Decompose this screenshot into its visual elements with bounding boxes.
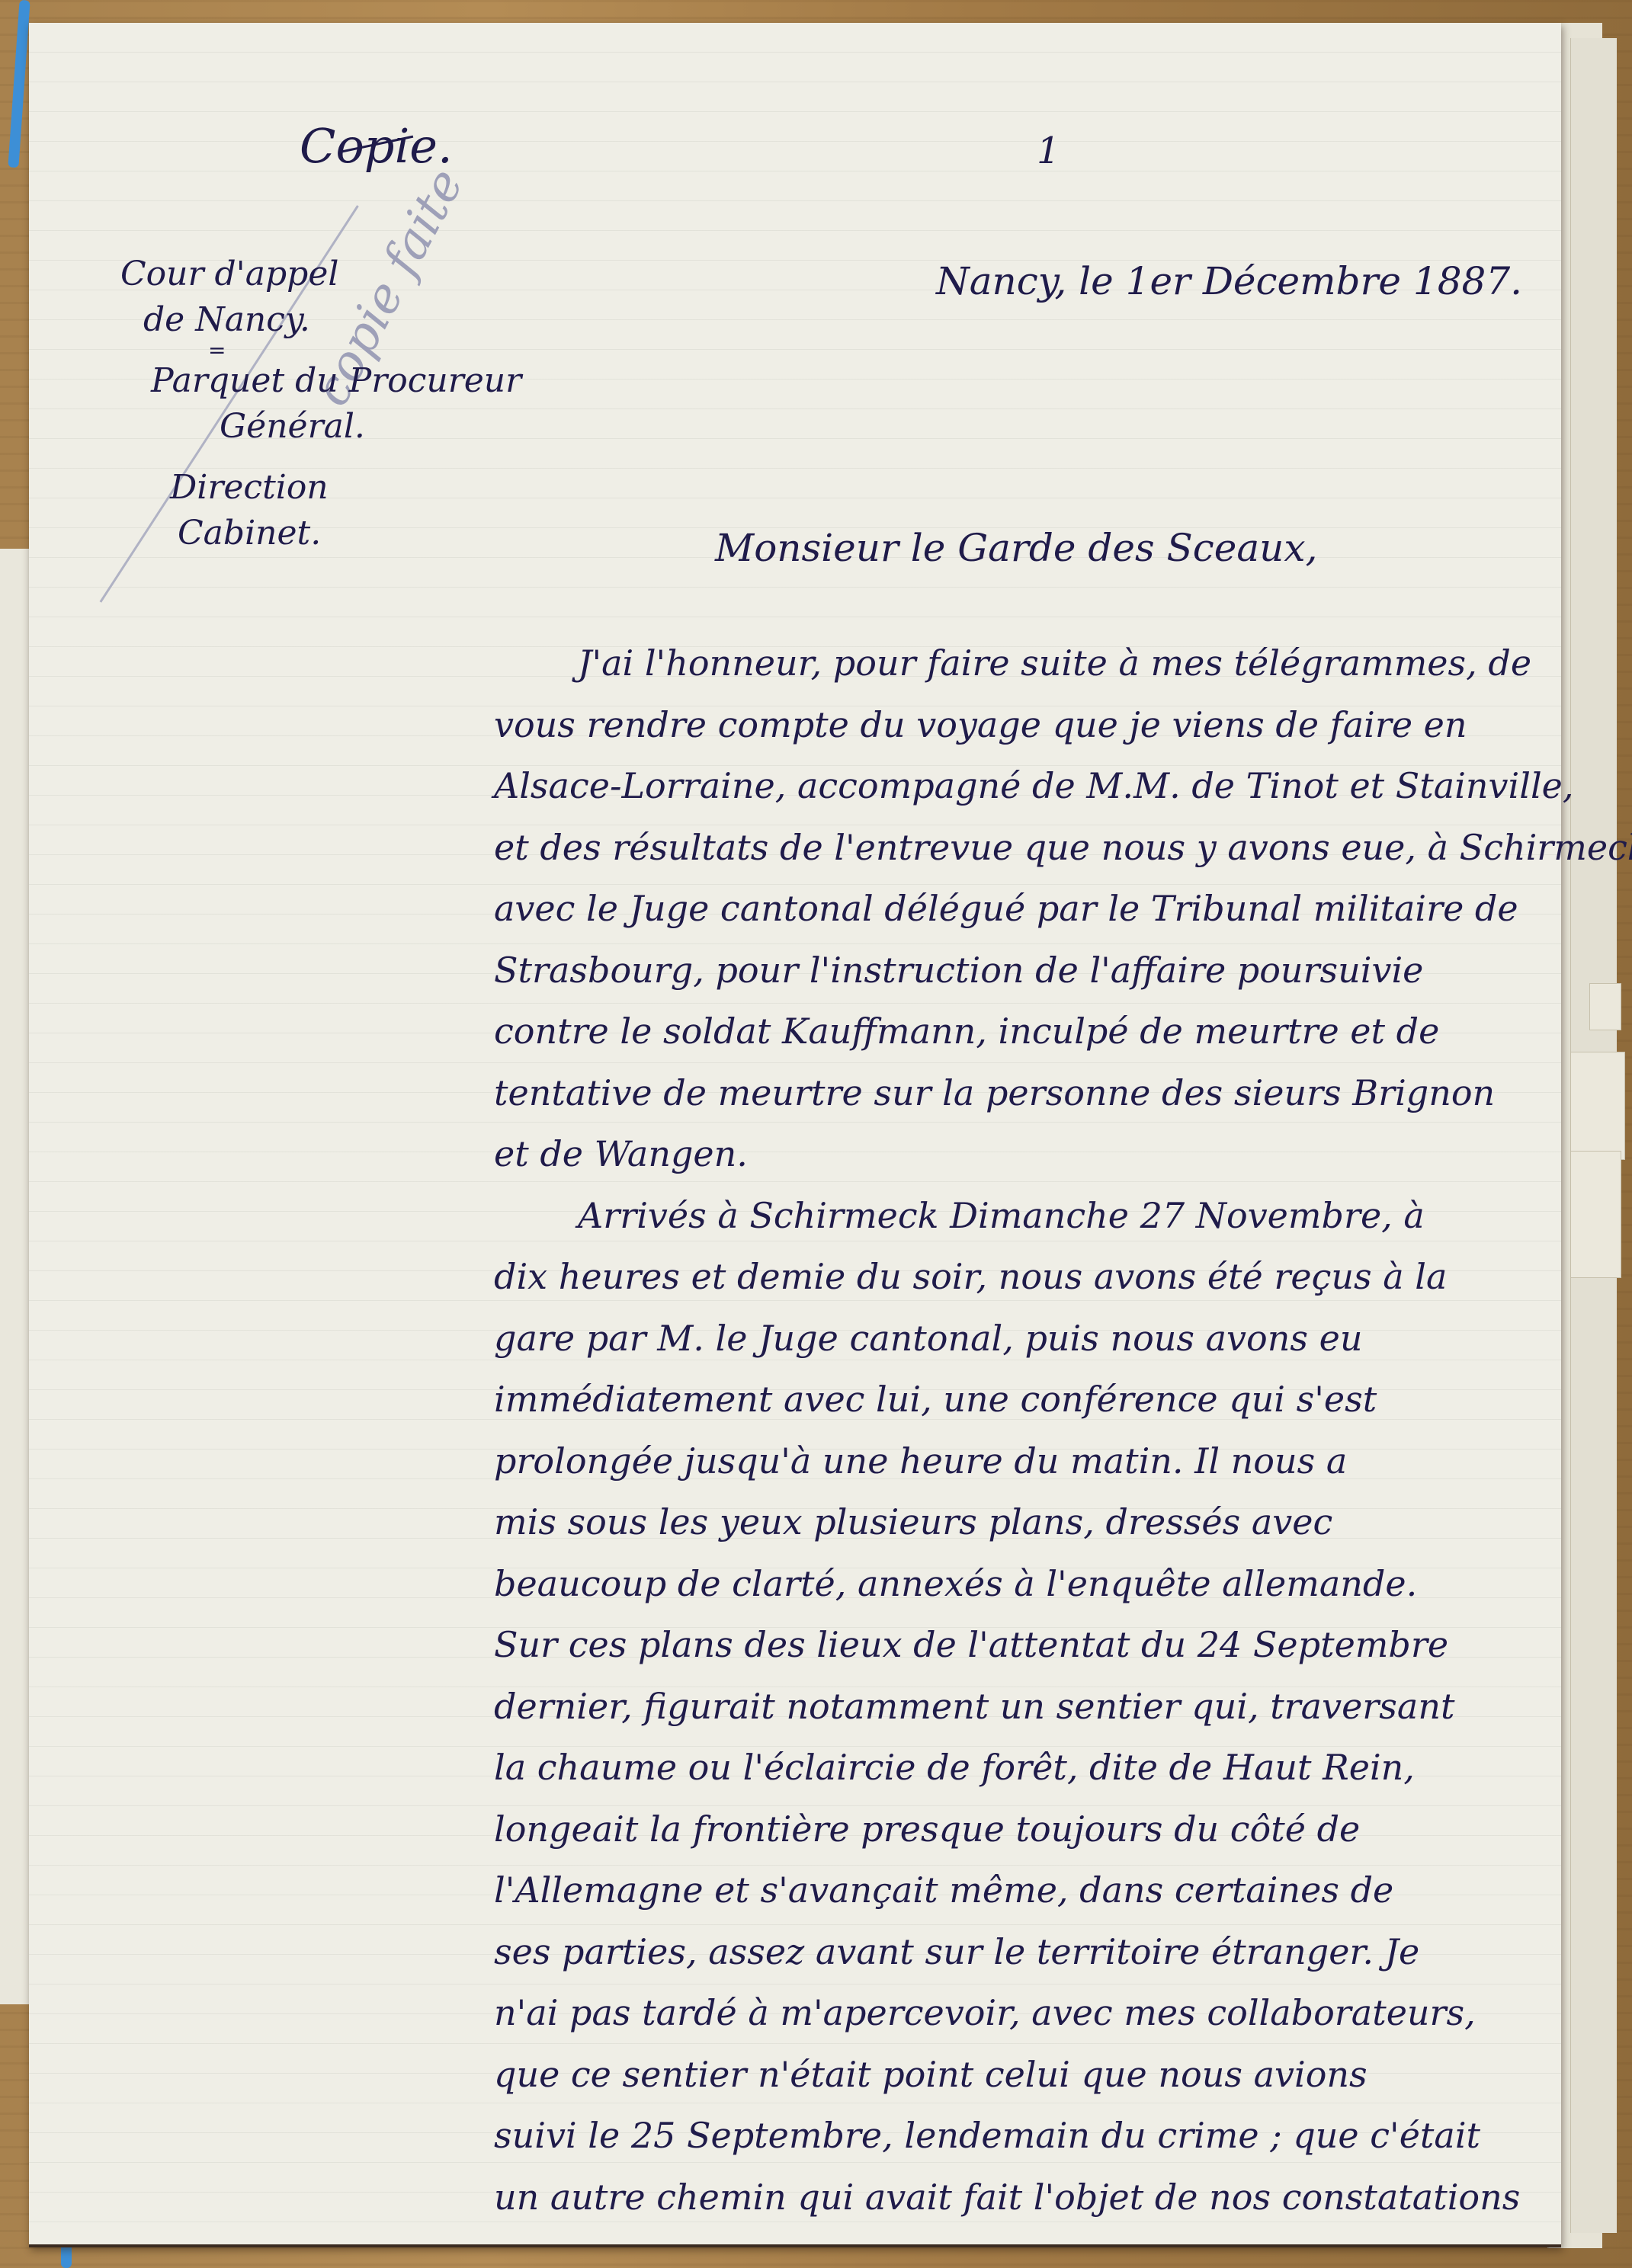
body-line: et des résultats de l'entrevue que nous … (494, 817, 1576, 879)
salutation: Monsieur le Garde des Sceaux, (715, 526, 1317, 570)
paper-tab (1570, 1151, 1621, 1278)
body-line: la chaume ou l'éclaircie de forêt, dite … (494, 1737, 1576, 1799)
body-line: n'ai pas tardé à m'apercevoir, avec mes … (494, 1982, 1576, 2044)
body-line: dernier, figurait notamment un sentier q… (494, 1676, 1576, 1738)
body-line: l'Allemagne et s'avançait même, dans cer… (494, 1860, 1576, 1921)
body-line: J'ai l'honneur, pour faire suite à mes t… (494, 633, 1576, 694)
body-line: Sur ces plans des lieux de l'attentat du… (494, 1614, 1576, 1676)
body-line: beaucoup de clarté, annexés à l'enquête … (494, 1553, 1576, 1615)
margin-line: Cabinet. (178, 511, 521, 556)
body-line: que ce sentier n'était point celui que n… (494, 2044, 1576, 2106)
margin-line: Général. (220, 404, 521, 450)
letter-page: Copie. 1 copie faite Cour d'appel de Nan… (29, 23, 1561, 2247)
body-line: Arrivés à Schirmeck Dimanche 27 Novembre… (494, 1185, 1576, 1247)
margin-line: Direction (170, 465, 521, 511)
body-line: ses parties, assez avant sur le territoi… (494, 1921, 1576, 1983)
page-number: 1 (1037, 130, 1060, 172)
body-line: contre le soldat Kauffmann, inculpé de m… (494, 1001, 1576, 1062)
paper-tab (1570, 1052, 1625, 1160)
margin-line: Parquet du Procureur (151, 358, 521, 404)
body-line: Alsace-Lorraine, accompagné de M.M. de T… (494, 755, 1576, 817)
body-line: immédiatement avec lui, une conférence q… (494, 1369, 1576, 1430)
paper-tab (1589, 983, 1621, 1030)
body-line: avec le Juge cantonal délégué par le Tri… (494, 878, 1576, 940)
margin-separator: = (208, 343, 521, 358)
body-line: longeait la frontière presque toujours d… (494, 1799, 1576, 1860)
letter-body: J'ai l'honneur, pour faire suite à mes t… (494, 633, 1576, 2228)
body-line: mis sous les yeux plusieurs plans, dress… (494, 1491, 1576, 1553)
body-line: vous rendre compte du voyage que je vien… (494, 694, 1576, 756)
body-line: un autre chemin qui avait fait l'objet d… (494, 2167, 1576, 2228)
body-line: dix heures et demie du soir, nous avons … (494, 1246, 1576, 1308)
margin-line: de Nancy. (143, 297, 521, 343)
dateline: Nancy, le 1er Décembre 1887. (936, 259, 1522, 303)
body-line: tentative de meurtre sur la personne des… (494, 1062, 1576, 1124)
margin-line: Cour d'appel (120, 251, 521, 297)
body-line: Strasbourg, pour l'instruction de l'affa… (494, 940, 1576, 1001)
body-line: prolongée jusqu'à une heure du matin. Il… (494, 1430, 1576, 1492)
body-line: suivi le 25 Septembre, lendemain du crim… (494, 2105, 1576, 2167)
body-line: et de Wangen. (494, 1123, 1576, 1185)
margin-heading: Cour d'appel de Nancy. = Parquet du Proc… (120, 251, 521, 556)
body-line: gare par M. le Juge cantonal, puis nous … (494, 1308, 1576, 1369)
